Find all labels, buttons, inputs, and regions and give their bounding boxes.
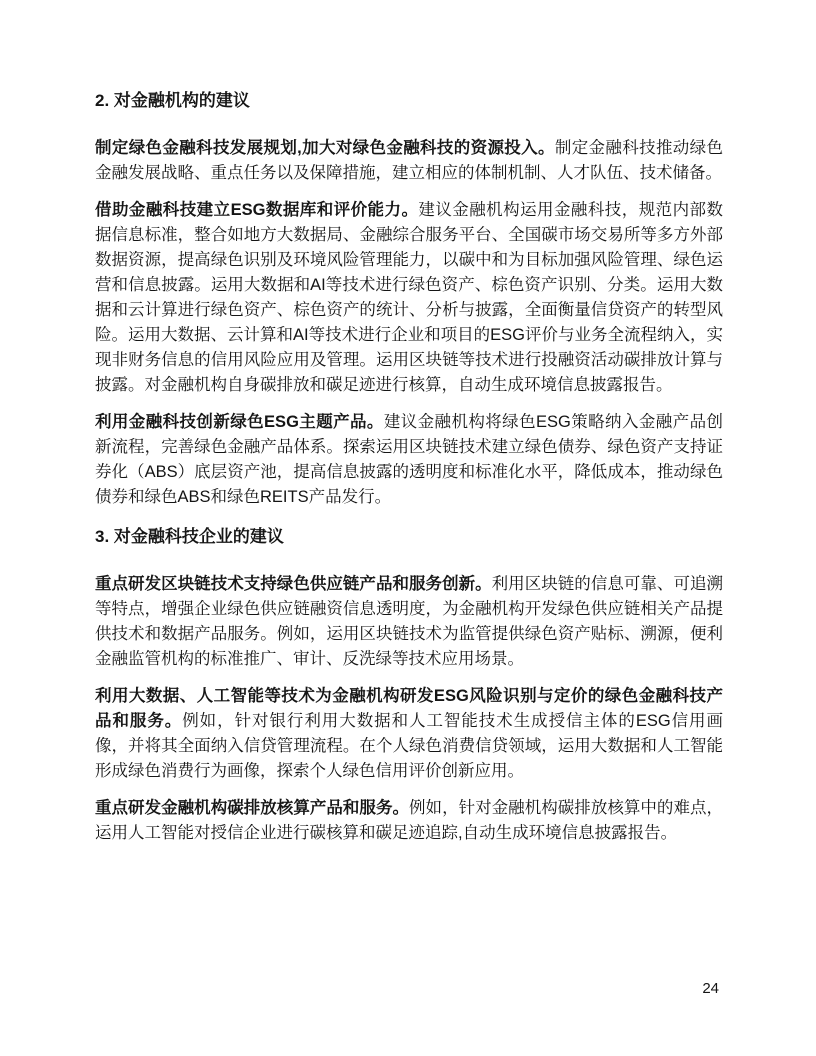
paragraph: 重点研发区块链技术支持绿色供应链产品和服务创新。利用区块链的信息可靠、可追溯等特… — [95, 572, 723, 672]
paragraph-text: 建议金融机构运用金融科技，规范内部数据信息标准，整合如地方大数据局、金融综合服务… — [95, 201, 723, 394]
paragraph-lead-bold: 制定绿色金融科技发展规划,加大对绿色金融科技的资源投入。 — [95, 139, 555, 157]
document-page: 2. 对金融机构的建议 制定绿色金融科技发展规划,加大对绿色金融科技的资源投入。… — [0, 0, 816, 1056]
paragraph: 利用金融科技创新绿色ESG主题产品。建议金融机构将绿色ESG策略纳入金融产品创新… — [95, 410, 723, 510]
paragraph-lead-bold: 重点研发区块链技术支持绿色供应链产品和服务创新。 — [95, 575, 492, 593]
paragraph-text: 例如，针对银行利用大数据和人工智能技术生成授信主体的ESG信用画像，并将其全面纳… — [95, 712, 723, 780]
paragraph: 利用大数据、人工智能等技术为金融机构研发ESG风险识别与定价的绿色金融科技产品和… — [95, 684, 723, 784]
paragraph: 重点研发金融机构碳排放核算产品和服务。例如，针对金融机构碳排放核算中的难点，运用… — [95, 796, 723, 846]
paragraph-lead-bold: 利用金融科技创新绿色ESG主题产品。 — [95, 413, 384, 431]
document-content: 2. 对金融机构的建议 制定绿色金融科技发展规划,加大对绿色金融科技的资源投入。… — [95, 88, 723, 858]
paragraph: 制定绿色金融科技发展规划,加大对绿色金融科技的资源投入。制定金融科技推动绿色金融… — [95, 136, 723, 186]
paragraph: 借助金融科技建立ESG数据库和评价能力。建议金融机构运用金融科技，规范内部数据信… — [95, 198, 723, 398]
section-heading-financial-institutions: 2. 对金融机构的建议 — [95, 88, 723, 114]
paragraph-lead-bold: 借助金融科技建立ESG数据库和评价能力。 — [95, 201, 418, 219]
section-heading-fintech-companies: 3. 对金融科技企业的建议 — [95, 524, 723, 550]
page-footer: 24 — [702, 978, 719, 1000]
page-number: 24 — [702, 980, 719, 997]
paragraph-lead-bold: 重点研发金融机构碳排放核算产品和服务。 — [95, 799, 409, 817]
